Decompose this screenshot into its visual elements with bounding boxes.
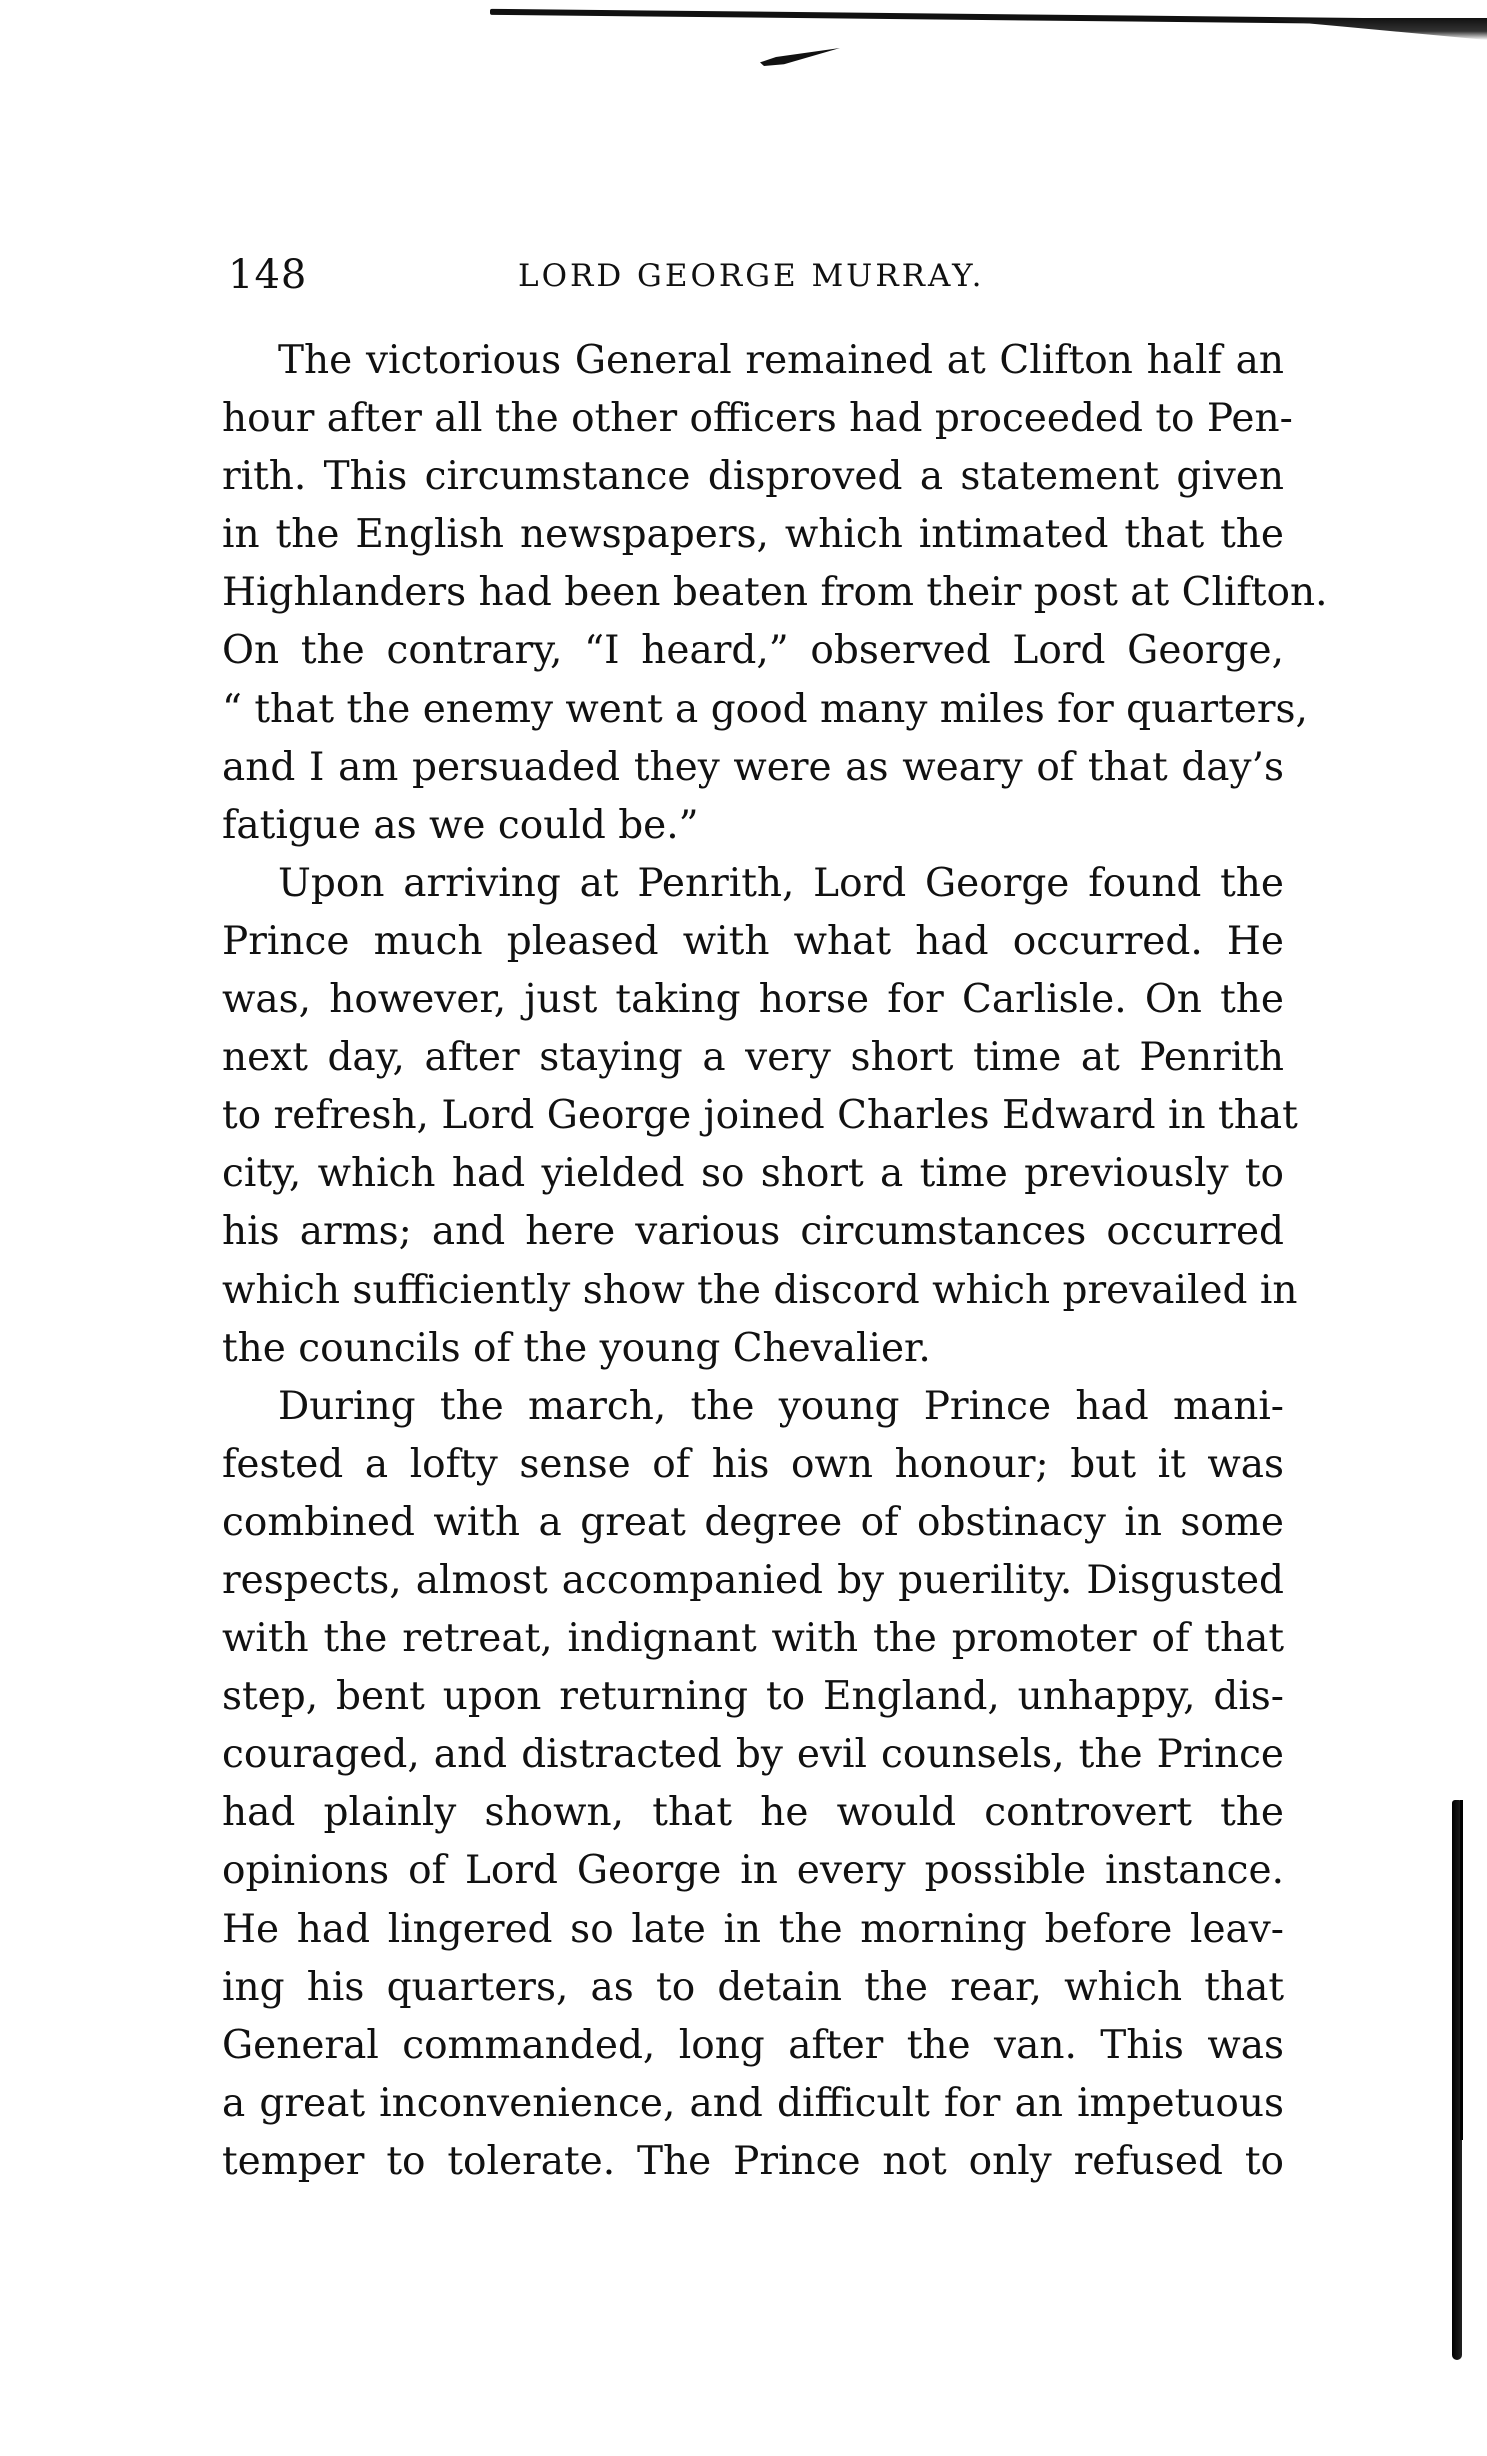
text-line: next day, after staying a very short tim…: [222, 1029, 1284, 1087]
text-line: combined with a great degree of obstinac…: [222, 1494, 1284, 1552]
text-line: a great inconvenience, and difficult for…: [222, 2075, 1284, 2133]
text-line: his arms; and here various circumstances…: [222, 1203, 1284, 1261]
text-line: temper to tolerate. The Prince not only …: [222, 2133, 1284, 2191]
text-line: fested a lofty sense of his own honour; …: [222, 1436, 1284, 1494]
text-line: ing his quarters, as to detain the rear,…: [222, 1959, 1284, 2017]
scan-artifact-smudge: [760, 48, 840, 66]
page-number: 148: [228, 252, 307, 298]
text-line: to refresh, Lord George joined Charles E…: [222, 1087, 1284, 1145]
text-line: was, however, just taking horse for Carl…: [222, 971, 1284, 1029]
text-line: General commanded, long after the van. T…: [222, 2017, 1284, 2075]
text-line: He had lingered so late in the morning b…: [222, 1901, 1284, 1959]
text-line: Prince much pleased with what had occurr…: [222, 913, 1284, 971]
text-line: which sufficiently show the discord whic…: [222, 1262, 1284, 1320]
body-text: The victorious General remained at Clift…: [222, 332, 1284, 2191]
text-line: and I am persuaded they were as weary of…: [222, 739, 1284, 797]
text-line: hour after all the other officers had pr…: [222, 390, 1284, 448]
text-line: had plainly shown, that he would controv…: [222, 1784, 1284, 1842]
text-line: fatigue as we could be.”: [222, 797, 1284, 855]
text-line: “ that the enemy went a good many miles …: [222, 681, 1284, 739]
text-line: city, which had yielded so short a time …: [222, 1145, 1284, 1203]
text-line: The victorious General remained at Clift…: [222, 332, 1284, 390]
text-line: Upon arriving at Penrith, Lord George fo…: [222, 855, 1284, 913]
text-line: in the English newspapers, which intimat…: [222, 506, 1284, 564]
text-line: step, bent upon returning to England, un…: [222, 1668, 1284, 1726]
text-line: the councils of the young Chevalier.: [222, 1320, 1284, 1378]
text-line: couraged, and distracted by evil counsel…: [222, 1726, 1284, 1784]
text-line: Highlanders had been beaten from their p…: [222, 564, 1284, 622]
text-line: During the march, the young Prince had m…: [222, 1378, 1284, 1436]
running-title: LORD GEORGE MURRAY.: [518, 258, 984, 294]
text-line: respects, almost accompanied by puerilit…: [222, 1552, 1284, 1610]
text-line: rith. This circumstance disproved a stat…: [222, 448, 1284, 506]
page-header: 148 LORD GEORGE MURRAY.: [228, 252, 1288, 302]
text-line: On the contrary, “I heard,” observed Lor…: [222, 622, 1284, 680]
scan-artifact-top-edge: [1250, 18, 1487, 40]
text-line: opinions of Lord George in every possibl…: [222, 1842, 1284, 1900]
scan-artifact-page-edge-thin: [1460, 1800, 1463, 2140]
text-line: with the retreat, indignant with the pro…: [222, 1610, 1284, 1668]
